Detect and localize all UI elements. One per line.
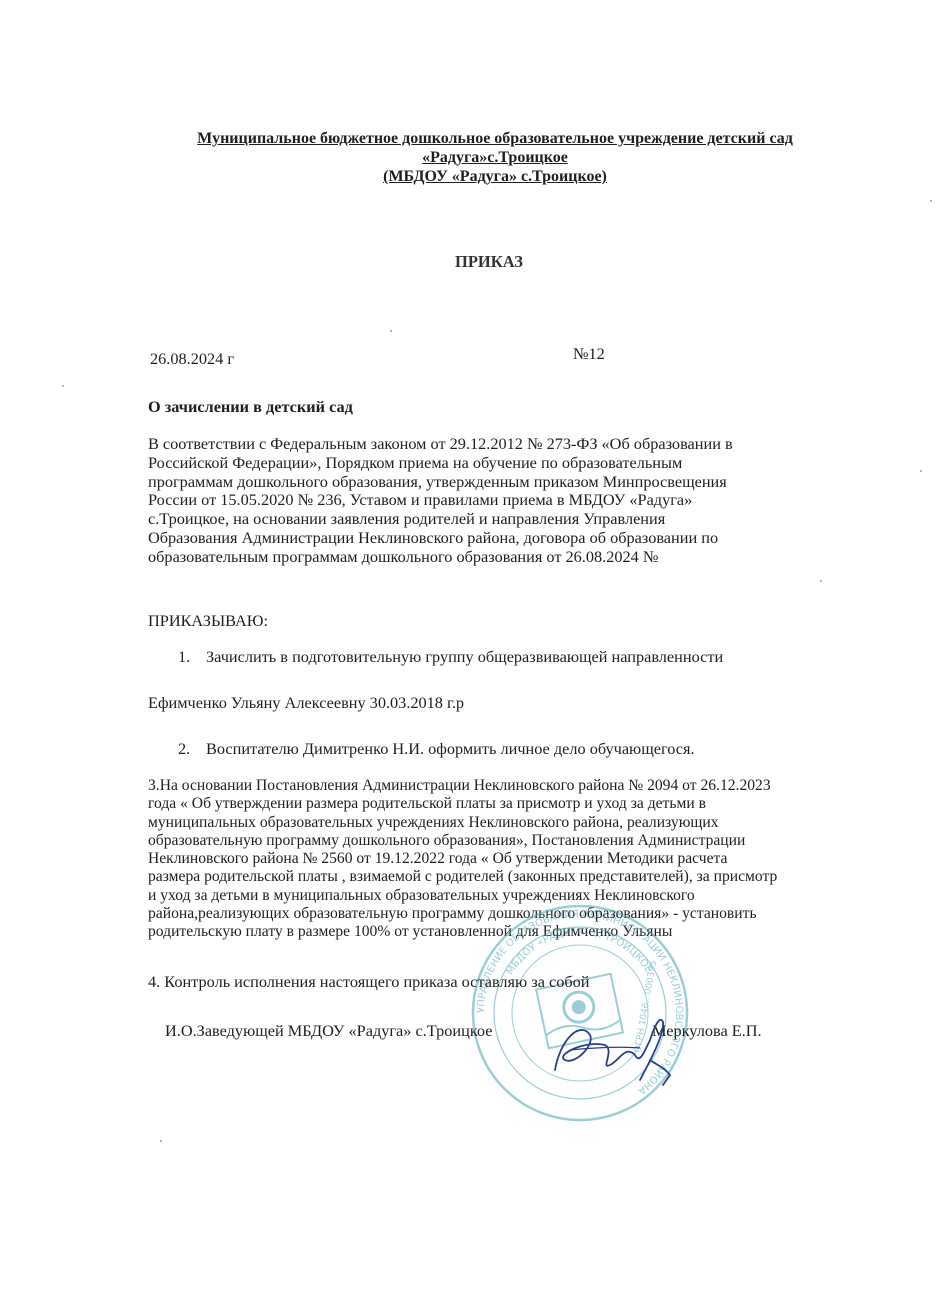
item-2-text: Воспитателю Димитренко Н.И. оформить лич…: [206, 740, 695, 759]
scan-speck: [820, 580, 822, 582]
scan-speck: [390, 330, 392, 332]
item-4-text: 4. Контроль исполнения настоящего приказ…: [148, 973, 590, 992]
signatory-position: И.О.Заведующей МБДОУ «Радуга» с.Троицкое: [165, 1022, 492, 1041]
item-2-number: 2.: [178, 740, 190, 759]
item-3-line: образовательную программу дошкольного об…: [148, 832, 777, 850]
org-name-short: (МБДОУ «Радуга» с.Троицкое): [0, 168, 945, 186]
child-name: Ефимченко Ульяну Алексеевну 30.03.2018 г…: [148, 694, 464, 713]
item-3-line: муниципальных образовательных учреждения…: [148, 814, 777, 832]
org-name-line1: Муниципальное бюджетное дошкольное образ…: [0, 130, 945, 148]
preamble-line: Образования Администрации Неклиновского …: [148, 529, 733, 548]
item-3-line: Неклиновского района № 2560 от 19.12.202…: [148, 850, 777, 868]
order-word: ПРИКАЗЫВАЮ:: [148, 612, 268, 631]
scan-speck: [920, 470, 922, 472]
document-title: ПРИКАЗ: [455, 252, 523, 272]
item-3-line: года « Об утверждении размера родительск…: [148, 795, 777, 813]
item-3-line: 3.На основании Постановления Администрац…: [148, 777, 777, 795]
org-name-line2: «Радуга»с.Троицкое: [0, 149, 945, 167]
preamble-line: Российской Федерации», Порядком приема н…: [148, 454, 733, 473]
preamble-line: программам дошкольного образования, утве…: [148, 473, 733, 492]
preamble-line: с.Троицкое, на основании заявления родит…: [148, 510, 733, 529]
item-1-number: 1.: [178, 648, 190, 667]
preamble-line: России от 15.05.2020 № 236, Уставом и пр…: [148, 491, 733, 510]
scan-speck: [62, 385, 64, 387]
preamble: В соответствии с Федеральным законом от …: [148, 435, 733, 567]
order-subject: О зачислении в детский сад: [148, 398, 353, 417]
handwritten-signature-icon: [545, 1010, 685, 1090]
preamble-line: В соответствии с Федеральным законом от …: [148, 435, 733, 454]
preamble-line: образовательным программам дошкольного о…: [148, 548, 733, 567]
scan-speck: [930, 200, 932, 202]
scan-speck: [160, 1140, 162, 1142]
order-number: №12: [573, 345, 605, 364]
order-date: 26.08.2024 г: [150, 350, 234, 369]
item-3-line: размера родительской платы , взимаемой с…: [148, 868, 777, 886]
item-1-text: Зачислить в подготовительную группу обще…: [206, 648, 723, 667]
